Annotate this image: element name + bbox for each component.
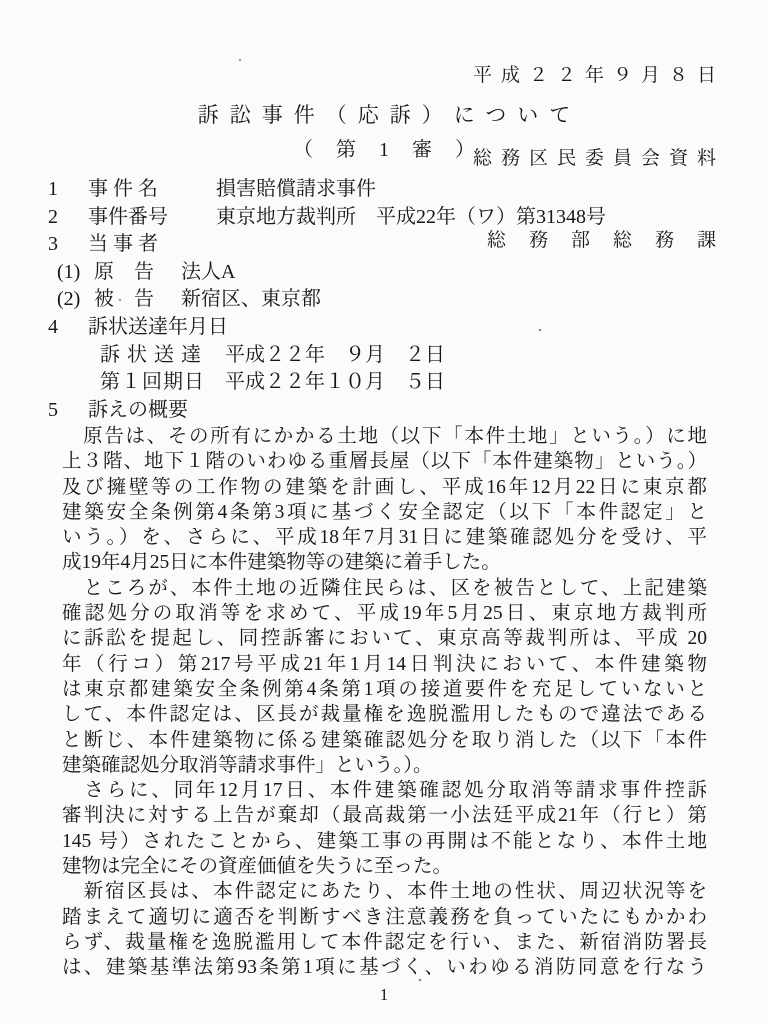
item-row: 第１回期日平成２２年１０月 ５日 — [0, 369, 768, 397]
body-line: に訴訟を提起し、同控訴審において、東京高等裁判所は、平成 20 — [62, 626, 707, 651]
document-page: 平成２２年９月８日 総務区民委員会資料 総務部総務課 訴訟事件（応訴）について … — [0, 0, 768, 1024]
title-block: 訴訟事件（応訴）について （ 第 1 審 ） — [0, 99, 768, 162]
item-label: 原 告 — [94, 259, 181, 287]
body-line: 建築確認処分取消等請求事件」という。）。 — [62, 753, 707, 778]
item-num: (2) — [57, 286, 94, 314]
body-line: は、建築基準法第93条第1項に基づく、いわゆる消防同意を行なう — [62, 955, 707, 980]
items-list: 1事 件 名損害賠償請求事件2事件番号東京地方裁判所 平成22年（ワ）第3134… — [0, 176, 768, 424]
body-line: 新宿区長は、本件認定にあたり、本件土地の性状、周辺状況等を — [62, 879, 707, 904]
body-line: 原告は、その所有にかかる土地（以下「本件土地」という。）に地 — [62, 424, 707, 449]
header-date: 平成２２年９月８日 — [473, 62, 725, 90]
body-line: ところが、本件土地の近隣住民らは、区を被告として、上記建築 — [62, 576, 707, 601]
item-num: 3 — [48, 231, 88, 259]
body-line: 審判決に対する上告が棄却（最高裁第一小法廷平成21年（行ヒ）第 — [62, 803, 707, 828]
document-subtitle: （ 第 1 審 ） — [293, 133, 484, 162]
item-num: 1 — [48, 176, 88, 204]
body-line: いう。）を、さらに、平成18年7月31日に建築確認処分を受け、平 — [62, 525, 707, 550]
item-label: 被 告 — [94, 286, 181, 314]
body-line: 建築安全条例第4条第3項に基づく安全認定（以下「本件認定」と — [62, 500, 707, 525]
item-label: 事 件 名 — [88, 176, 216, 204]
item-row: (2)被 告新宿区、東京都 — [0, 286, 768, 314]
item-value: 損害賠償請求事件 — [216, 176, 376, 204]
item-row: 2事件番号東京地方裁判所 平成22年（ワ）第31348号 — [0, 204, 768, 232]
item-label: 事件番号 — [88, 204, 216, 232]
body-line: 及び擁壁等の工作物の建築を計画し、平成16年12月22日に東京都 — [62, 475, 707, 500]
body-line: して、本件認定は、区長が裁量権を逸脱濫用したもので違法である — [62, 702, 707, 727]
body-line: 成19年4月25日に本件建築物等の建築に着手した。 — [62, 550, 707, 575]
item-label: 訴状送達年月日 — [88, 314, 216, 342]
item-row: 3当 事 者 — [0, 231, 768, 259]
item-value: 法人A — [181, 259, 235, 287]
document-title: 訴訟事件（応訴）について — [198, 99, 582, 129]
item-label: 当 事 者 — [88, 231, 216, 259]
item-num: 2 — [48, 204, 88, 232]
item-value: 平成２２年１０月 ５日 — [225, 369, 445, 397]
item-label: 訴 状 送 達 — [100, 342, 225, 370]
item-value: 新宿区、東京都 — [181, 286, 321, 314]
item-row: 訴 状 送 達平成２２年 ９月 ２日 — [0, 342, 768, 370]
item-num: 4 — [48, 314, 88, 342]
item-label: 訴えの概要 — [88, 397, 216, 425]
item-value: 平成２２年 ９月 ２日 — [225, 342, 445, 370]
item-label: 第１回期日 — [100, 369, 225, 397]
body-line: 年（行コ）第217号平成21年1月14日判決において、本件建築物 — [62, 652, 707, 677]
body-line: さらに、同年12月17日、本件建築確認処分取消等請求事件控訴 — [62, 778, 707, 803]
body-line: と断じ、本件建築物に係る建築確認処分を取り消した（以下「本件 — [62, 728, 707, 753]
body-line: らず、裁量権を逸脱濫用して本件認定を行い、また、新宿消防署長 — [62, 930, 707, 955]
body-text: 原告は、その所有にかかる土地（以下「本件土地」という。）に地上３階、地下１階のい… — [62, 424, 707, 981]
item-row: 5訴えの概要 — [0, 397, 768, 425]
body-line: 確認処分の取消等を求めて、平成19年5月25日、東京地方裁判所 — [62, 601, 707, 626]
item-num: (1) — [57, 259, 94, 287]
body-line: 建物は完全にその資産価値を失うに至った。 — [62, 854, 707, 879]
item-value: 東京地方裁判所 平成22年（ワ）第31348号 — [216, 204, 606, 232]
item-num: 5 — [48, 397, 88, 425]
body-line: は東京都建築安全条例第4条第1項の接道要件を充足していないと — [62, 677, 707, 702]
page-number: 1 — [0, 985, 768, 1005]
item-row: (1)原 告法人A — [0, 259, 768, 287]
body-line: 145 号）されたことから、建築工事の再開は不能となり、本件土地 — [62, 829, 707, 854]
body-line: 上３階、地下１階のいわゆる重層長屋（以下「本件建築物」という。） — [62, 449, 707, 474]
item-row: 4訴状送達年月日 — [0, 314, 768, 342]
body-line: 踏まえて適切に適否を判断すべき注意義務を負っていたにもかかわ — [62, 905, 707, 930]
item-row: 1事 件 名損害賠償請求事件 — [0, 176, 768, 204]
